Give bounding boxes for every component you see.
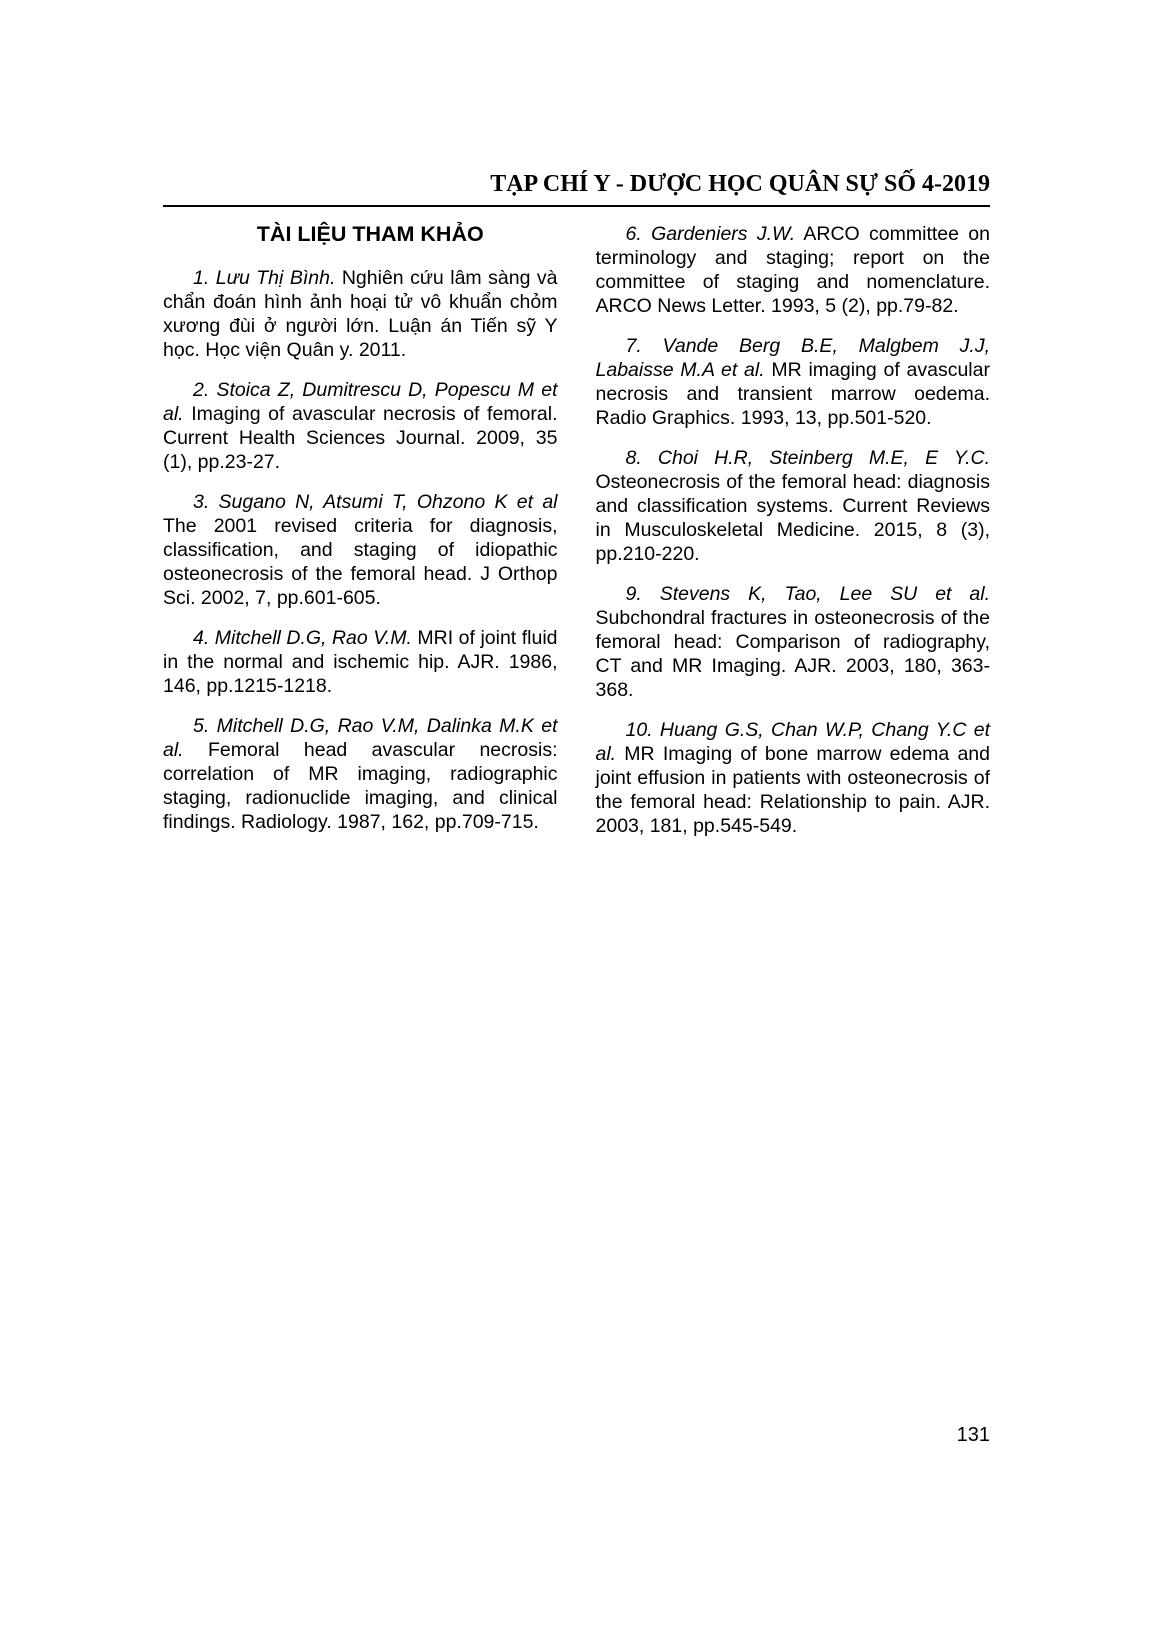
reference-item-5: 5. Mitchell D.G, Rao V.M, Dalinka M.K et… — [163, 714, 558, 834]
reference-text: Femoral head avascular necrosis: correla… — [163, 739, 558, 833]
reference-item-3: 3. Sugano N, Atsumi T, Ohzono K et al Th… — [163, 490, 558, 610]
page-header: TẠP CHÍ Y - DƯỢC HỌC QUÂN SỰ SỐ 4-2019 — [0, 0, 1157, 207]
reference-authors: 3. Sugano N, Atsumi T, Ohzono K et al — [193, 491, 558, 513]
reference-item-9: 9. Stevens K, Tao, Lee SU et al. Subchon… — [596, 582, 991, 702]
reference-item-4: 4. Mitchell D.G, Rao V.M. MRI of joint f… — [163, 626, 558, 698]
reference-item-6: 6. Gardeniers J.W. ARCO committee on ter… — [596, 222, 991, 318]
reference-item-7: 7. Vande Berg B.E, Malgbem J.J, Labaisse… — [596, 334, 991, 430]
reference-text: Osteonecrosis of the femoral head: diagn… — [596, 471, 991, 565]
journal-page: TẠP CHÍ Y - DƯỢC HỌC QUÂN SỰ SỐ 4-2019 T… — [0, 0, 1157, 1637]
page-number: 131 — [957, 1423, 990, 1447]
references-column-left: TÀI LIỆU THAM KHẢO 1. Lưu Thị Bình. Nghi… — [163, 222, 558, 838]
reference-item-1: 1. Lưu Thị Bình. Nghiên cứu lâm sàng và … — [163, 266, 558, 362]
reference-text: The 2001 revised criteria for diagnosis,… — [163, 515, 558, 609]
reference-authors: 1. Lưu Thị Bình. — [193, 267, 335, 289]
reference-text: Subchondral fractures in osteonecrosis o… — [596, 607, 991, 701]
reference-item-2: 2. Stoica Z, Dumitrescu D, Popescu M et … — [163, 378, 558, 474]
reference-item-8: 8. Choi H.R, Steinberg M.E, E Y.C. Osteo… — [596, 446, 991, 566]
references-section-title: TÀI LIỆU THAM KHẢO — [163, 222, 558, 246]
reference-text: MR Imaging of bone marrow edema and join… — [596, 743, 991, 837]
reference-authors: 8. Choi H.R, Steinberg M.E, E Y.C. — [626, 447, 991, 469]
references-column-right: 6. Gardeniers J.W. ARCO committee on ter… — [596, 222, 991, 838]
reference-text: Imaging of avascular necrosis of femoral… — [163, 403, 558, 473]
reference-item-10: 10. Huang G.S, Chan W.P, Chang Y.C et al… — [596, 718, 991, 838]
reference-authors: 4. Mitchell D.G, Rao V.M. — [193, 627, 412, 649]
references-columns: TÀI LIỆU THAM KHẢO 1. Lưu Thị Bình. Nghi… — [0, 207, 1157, 838]
reference-authors: 6. Gardeniers J.W. — [626, 223, 796, 245]
reference-authors: 9. Stevens K, Tao, Lee SU et al. — [626, 583, 991, 605]
journal-title: TẠP CHÍ Y - DƯỢC HỌC QUÂN SỰ SỐ 4-2019 — [163, 170, 990, 198]
